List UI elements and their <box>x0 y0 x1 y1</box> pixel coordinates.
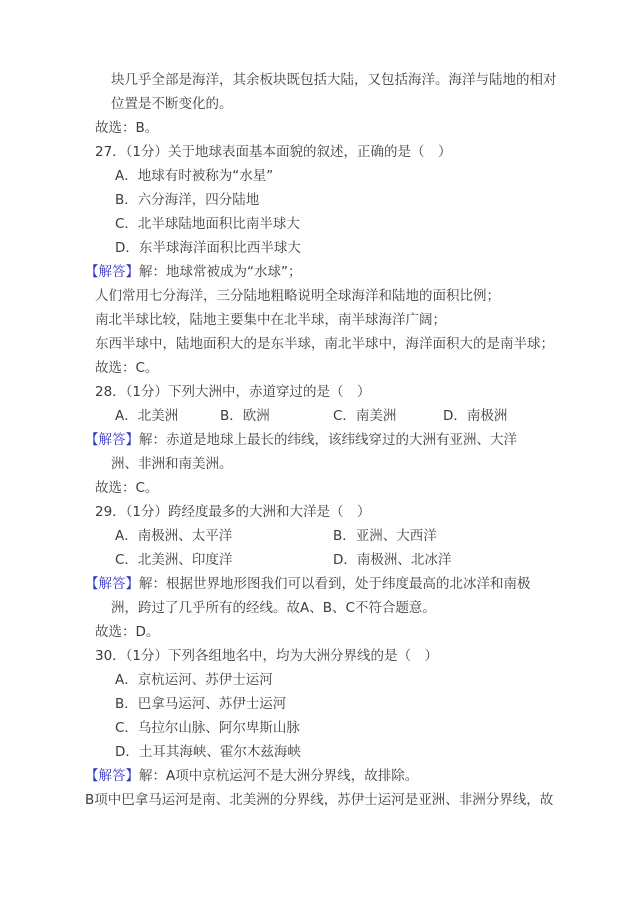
explanation-line: 人们常用七分海洋，三分陆地粗略说明全球海洋和陆地的面积比例； <box>95 284 640 308</box>
option-item: C．南美洲 <box>333 404 396 428</box>
answer-heading-line: 【解答】解：根据世界地形图我们可以看到，处于纬度最高的北冰洋和南极 <box>85 572 640 596</box>
option-item: A．南极洲、太平洋 <box>115 524 232 548</box>
option-line: D．东半球海洋面积比西半球大 <box>115 236 640 260</box>
option-item: D．南极洲、北冰洋 <box>333 548 451 572</box>
option-item: D．南极洲 <box>443 404 507 428</box>
answer-tag: 【解答】 <box>85 264 139 280</box>
answer-continuation-line: 洲、非洲和南美洲。 <box>111 452 640 476</box>
answer-tag: 【解答】 <box>85 432 139 448</box>
answer-heading-line: 【解答】解：A项中京杭运河不是大洲分界线，故排除。 <box>85 764 640 788</box>
option-line: A．京杭运河、苏伊士运河 <box>115 668 640 692</box>
option-line: C．北半球陆地面积比南半球大 <box>115 212 640 236</box>
answer-continuation-line: 位置是不断变化的。 <box>111 92 640 116</box>
option-item: B．欧洲 <box>220 404 270 428</box>
verdict-line: 故选：C。 <box>95 356 640 380</box>
answer-heading-line: 【解答】解：赤道是地球上最长的纬线，该纬线穿过的大洲有亚洲、大洋 <box>85 428 640 452</box>
explanation-line: B项中巴拿马运河是南、北美洲的分界线，苏伊士运河是亚洲、非洲分界线，故 <box>85 788 640 812</box>
option-line: B．巴拿马运河、苏伊士运河 <box>115 692 640 716</box>
option-line: C．乌拉尔山脉、阿尔卑斯山脉 <box>115 716 640 740</box>
answer-tag: 【解答】 <box>85 768 139 784</box>
verdict-line: 故选：C。 <box>95 476 640 500</box>
option-item: C．北美洲、印度洋 <box>115 548 232 572</box>
answer-continuation-line: 块几乎全部是海洋，其余板块既包括大陆，又包括海洋。海洋与陆地的相对 <box>111 68 640 92</box>
answer-continuation-line: 洲，跨过了几乎所有的经线。故A、B、C不符合题意。 <box>111 596 640 620</box>
question-stem-line: 30．（1分）下列各组地名中，均为大洲分界线的是（ ） <box>95 644 640 668</box>
answer-tag: 【解答】 <box>85 576 139 592</box>
option-row: A．北美洲 B．欧洲 C．南美洲 D．南极洲 <box>0 404 640 428</box>
answer-text: 解：赤道是地球上最长的纬线，该纬线穿过的大洲有亚洲、大洋 <box>139 432 517 448</box>
answer-text: 解：根据世界地形图我们可以看到，处于纬度最高的北冰洋和南极 <box>139 576 531 592</box>
answer-heading-line: 【解答】解：地球常被成为“水球”； <box>85 260 640 284</box>
question-stem-line: 27．（1分）关于地球表面基本面貌的叙述，正确的是（ ） <box>95 140 640 164</box>
explanation-line: 南北半球比较，陆地主要集中在北半球，南半球海洋广阔； <box>95 308 640 332</box>
option-line: B．六分海洋，四分陆地 <box>115 188 640 212</box>
option-line: A．地球有时被称为“水星” <box>115 164 640 188</box>
answer-text: 解：地球常被成为“水球”； <box>139 264 302 280</box>
document-content: 块几乎全部是海洋，其余板块既包括大陆，又包括海洋。海洋与陆地的相对 位置是不断变… <box>0 0 640 812</box>
verdict-line: 故选：B。 <box>95 116 640 140</box>
option-row: A．南极洲、太平洋 B．亚洲、大西洋 <box>0 524 640 548</box>
option-item: B．亚洲、大西洋 <box>333 524 437 548</box>
verdict-line: 故选：D。 <box>95 620 640 644</box>
explanation-line: 东西半球中，陆地面积大的是东半球，南北半球中，海洋面积大的是南半球； <box>95 332 640 356</box>
option-row: C．北美洲、印度洋 D．南极洲、北冰洋 <box>0 548 640 572</box>
question-stem-line: 28．（1分）下列大洲中，赤道穿过的是（ ） <box>95 380 640 404</box>
exam-document-page: 块几乎全部是海洋，其余板块既包括大陆，又包括海洋。海洋与陆地的相对 位置是不断变… <box>0 0 640 905</box>
option-line: D．土耳其海峡、霍尔木兹海峡 <box>115 740 640 764</box>
option-item: A．北美洲 <box>115 404 178 428</box>
question-stem-line: 29．（1分）跨经度最多的大洲和大洋是（ ） <box>95 500 640 524</box>
answer-text: 解：A项中京杭运河不是大洲分界线，故排除。 <box>139 768 418 784</box>
